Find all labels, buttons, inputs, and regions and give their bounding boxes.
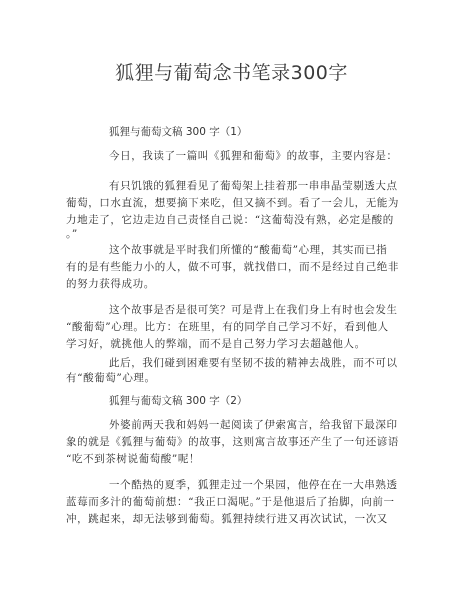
document-title: 狐狸与葡萄念书笔录300字 (0, 58, 463, 85)
paragraph-line: 力地走了，它边走边自己责怪自己说：“这葡萄没有熟，必定是酸的 (66, 214, 394, 227)
paragraph-line: 的努力获得成功。 (66, 278, 155, 291)
paragraph-line: 。” (66, 228, 78, 241)
paragraph-line: 一个酷热的夏季，狐狸走过一个果园，他停在在一大串熟透 (109, 479, 398, 492)
paragraph-line: 外婆前两天我和妈妈一起阅读了伊索寓言，给我留下最深印 (109, 419, 398, 432)
paragraph-line: 葡萄，口水直流，想要摘下来吃，但又摘不到。看了一会儿，无能为 (66, 197, 399, 210)
paragraph-line: 此后，我们碰到困难要有坚韧不拔的精神去战胜，而不可以 (109, 357, 398, 370)
section-heading-2: 狐狸与葡萄文稿 300 字（2） (109, 393, 247, 408)
paragraph-line: 这个故事是否是很可笑？可是背上在我们身上有时也会发生 (109, 304, 398, 317)
paragraph-line: 这个故事就是平时我们所懂的“酸葡萄”心理，其实而已指 (109, 244, 387, 257)
document-page: 狐狸与葡萄念书笔录300字 狐狸与葡萄文稿 300 字（1） 今日，我读了一篇叫… (0, 0, 463, 600)
paragraph-line: 有“酸葡萄”心理。 (66, 372, 156, 385)
paragraph-line: 冲，跳起来，却无法够到葡萄。狐狸持续行进又再次试试，一次又 (66, 513, 388, 526)
paragraph-line: “吃不到茶树说葡萄酸”呢！ (66, 453, 200, 466)
paragraph-line: 有只饥饿的狐狸看见了葡萄架上挂着那一串串晶莹剔透大点 (109, 180, 398, 193)
paragraph-line: 有的是有些能力小的人，做不可事，就找借口，而不是经过自己绝非 (66, 261, 399, 274)
paragraph-line: 学习好，就挑他人的弊端，而不是自己努力学习去超越他人。 (66, 338, 366, 351)
paragraph-line: “酸葡萄”心理。比方：在班里，有的同学自己学习不好，看到他人 (66, 321, 389, 334)
paragraph-line: 今日，我读了一篇叫《狐狸和葡萄》的故事，主要内容是： (109, 150, 398, 163)
paragraph-line: 蓝莓而多汁的葡萄前想：“我正口渴呢。”于是他退后了抬脚，向前一 (66, 496, 395, 509)
section-heading-1: 狐狸与葡萄文稿 300 字（1） (109, 124, 247, 139)
paragraph-line: 象的就是《狐狸与葡萄》的故事，这则寓言故事还产生了一句还谚语 (66, 436, 399, 449)
